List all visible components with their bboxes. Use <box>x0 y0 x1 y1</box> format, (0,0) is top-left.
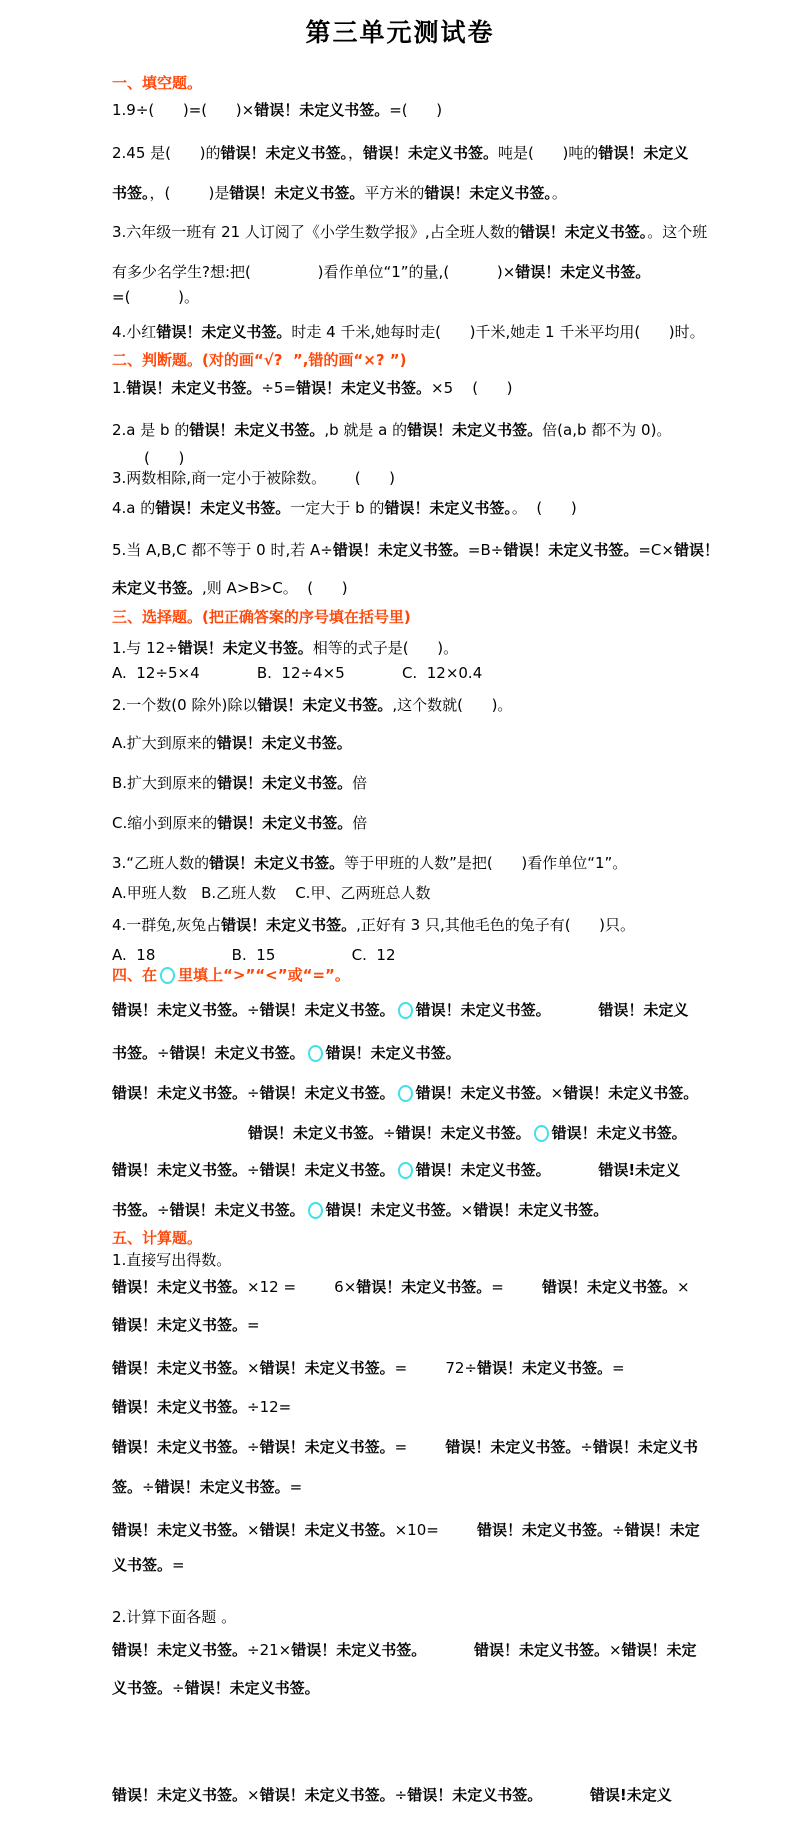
error-bookmark-text: 错误！未定义书签。 <box>416 1084 551 1102</box>
text-run: =( ) <box>389 101 442 119</box>
text-run: =B÷ <box>468 541 503 559</box>
error-bookmark-text: 错误！未定义书签。 <box>503 541 638 559</box>
error-bookmark-text: 错误！未定义书签。 <box>542 1278 677 1296</box>
error-bookmark-text: 错误！未定义书签。 <box>260 1786 395 1804</box>
text-run: = <box>290 1478 303 1496</box>
text-run: × <box>247 1359 260 1377</box>
s3-q4-options: A. 18 B. 15 C. 12 <box>112 945 712 965</box>
text-run: ÷ <box>247 1161 260 1179</box>
error-bookmark-text: 错误！未定义书签。 <box>563 1084 698 1102</box>
s5-calc2-line1: 错误！未定义书签。÷21×错误！未定义书签。 错误！未定义书签。×错误！未定 <box>112 1640 712 1660</box>
text-run: 。 ( ) <box>512 499 577 517</box>
error-bookmark-text: 错误！未定义书签。 <box>477 1359 612 1377</box>
text-run: 四、在 <box>112 966 157 984</box>
error-bookmark-text: 错误！未定义书签。 <box>356 1278 491 1296</box>
text-run: 二、判断题。(对的画“√? ”,错的画“×? ”) <box>112 351 407 369</box>
error-bookmark-text: 未定义书签。 <box>112 579 202 597</box>
error-bookmark-text: 错误！未定义书签。 <box>260 1001 395 1019</box>
error-bookmark-text: 错误！未定义书签。 <box>296 379 431 397</box>
page-title: 第三单元测试卷 <box>112 16 688 50</box>
text-run: B.扩大到原来的 <box>112 774 217 792</box>
error-bookmark-text: 错误！未定义书签。 <box>112 1641 247 1659</box>
error-bookmark-text: 错误！未定义 <box>598 144 688 162</box>
text-run: ÷ <box>157 1201 170 1219</box>
text-run: A.甲班人数 B.乙班人数 C.甲、乙两班总人数 <box>112 884 430 902</box>
compare-circle-icon <box>308 1045 323 1062</box>
text-run: × <box>609 1641 622 1659</box>
error-bookmark-text: 错误！未定义书签。 <box>156 323 291 341</box>
s3-q1-options: A. 12÷5×4 B. 12÷4×5 C. 12×0.4 <box>112 663 712 683</box>
text-run: =C× <box>638 541 674 559</box>
text-run: × <box>247 1521 260 1539</box>
text-run: ,则 A>B>C。 ( ) <box>202 579 348 597</box>
text-run: = <box>172 1556 185 1574</box>
compare-circle-icon <box>398 1085 413 1102</box>
error-bookmark-text: 错误！未定义书签。 <box>170 1201 305 1219</box>
text-run <box>426 1641 474 1659</box>
s5-calc-line2: 错误！未定义书签。= <box>112 1315 712 1335</box>
text-run: = 72÷ <box>395 1359 477 1377</box>
text-run: ( ) <box>144 449 184 467</box>
error-bookmark-text: 错误！未定义书签。 <box>416 1161 551 1179</box>
text-run: 。 <box>552 184 567 202</box>
text-run: 3.两数相除,商一定小于被除数。 ( ) <box>112 469 395 487</box>
error-bookmark-text: 错误！未定义书签。 <box>217 814 352 832</box>
error-bookmark-text: 错误！未定义书签。 <box>185 1679 320 1697</box>
error-bookmark-text: 错误！未定义书签。 <box>326 1044 461 1062</box>
error-bookmark-text: 错误！未定义书签。 <box>260 1161 395 1179</box>
text-run: 五、计算题。 <box>112 1229 202 1247</box>
s3-q3-options: A.甲班人数 B.乙班人数 C.甲、乙两班总人数 <box>112 883 712 903</box>
s3-q2-option-b: B.扩大到原来的错误！未定义书签。倍 <box>112 773 712 793</box>
s2-q3: 3.两数相除,商一定小于被除数。 ( ) <box>112 468 712 488</box>
text-run: 1.与 12÷ <box>112 639 178 657</box>
error-bookmark-text: 错误！未定义书签。 <box>112 1316 247 1334</box>
error-bookmark-text: 错误！未定义书签。 <box>473 1201 608 1219</box>
s3-q2-option-c: C.缩小到原来的错误！未定义书签。倍 <box>112 813 712 833</box>
text-run: = <box>491 1278 542 1296</box>
error-bookmark-text: 错误！未定义书签。 <box>217 734 352 752</box>
error-bookmark-text: 错误！未定义书签。 <box>112 1278 247 1296</box>
error-bookmark-text: 错误！未定义书签。 <box>326 1201 461 1219</box>
text-run: ÷5= <box>261 379 296 397</box>
error-bookmark-text: 义书签。 <box>112 1556 172 1574</box>
text-run: = <box>612 1359 625 1377</box>
compare-circle-icon <box>308 1202 323 1219</box>
error-bookmark-text: 错误！未定义书签。 <box>112 1438 247 1456</box>
error-bookmark-text: 书签。 <box>112 184 150 202</box>
s1-q4: 4.小红错误！未定义书签。时走 4 千米,她每时走( )千米,她走 1 千米平均… <box>112 322 712 342</box>
error-bookmark-text: 错误！未定义书签。 <box>112 1786 247 1804</box>
text-run: 2.45 是( )的 <box>112 144 220 162</box>
s1-q3-line1: 3.六年级一班有 21 人订阅了《小学生数学报》,占全班人数的错误！未定义书签。… <box>112 222 712 242</box>
text-run: 里填上“>”“<”或“=”。 <box>178 966 350 984</box>
error-bookmark-text: 错误！未定义 <box>598 1001 688 1019</box>
text-run: ÷ <box>247 1001 260 1019</box>
s1-q2-line2: 书签。，( )是错误！未定义书签。平方米的错误！未定义书签。。 <box>112 183 712 203</box>
text-run: 2.一个数(0 除外)除以 <box>112 696 257 714</box>
error-bookmark-text: 错误！未定义书签。 <box>407 421 542 439</box>
text-run: 3.“乙班人数的 <box>112 854 209 872</box>
s2-q2-line1: 2.a 是 b 的错误！未定义书签。,b 就是 a 的错误！未定义书签。倍(a,… <box>112 420 712 440</box>
text-run: 2.a 是 b 的 <box>112 421 189 439</box>
text-run: ,正好有 3 只,其他毛色的兔子有( )只。 <box>356 916 635 934</box>
error-bookmark-text: 错误！未定义书签。 <box>220 144 348 162</box>
text-run: × <box>677 1278 690 1296</box>
s4-line5: 错误！未定义书签。÷错误！未定义书签。错误！未定义书签。 错误!未定义 <box>112 1160 712 1180</box>
text-run <box>551 1001 599 1019</box>
error-bookmark-text: 错误!未定义 <box>598 1161 680 1179</box>
error-bookmark-text: 错误！未定义书签。 <box>170 1044 305 1062</box>
text-run: ÷ <box>612 1521 625 1539</box>
error-bookmark-text: 错误！未定义书签。 <box>126 379 261 397</box>
error-bookmark-text: 错误！未定义书签。 <box>257 696 392 714</box>
document: 第三单元测试卷 一、填空题。1.9÷( )=( )×错误！未定义书签。=( )2… <box>0 0 712 1805</box>
error-bookmark-text: 错误!未定义 <box>590 1786 672 1804</box>
s5-calc-line6: 签。÷错误！未定义书签。= <box>112 1477 712 1497</box>
error-bookmark-text: 错误！未定义书签。 <box>155 499 290 517</box>
s3-q4: 4.一群兔,灰兔占错误！未定义书签。,正好有 3 只,其他毛色的兔子有( )只。 <box>112 915 712 935</box>
error-bookmark-text: 错误！未定义书签。 <box>384 499 512 517</box>
compare-circle-icon <box>160 967 175 984</box>
s2-q5-line1: 5.当 A,B,C 都不等于 0 时,若 A÷错误！未定义书签。=B÷错误！未定… <box>112 540 712 560</box>
text-run: ，( )是 <box>150 184 230 202</box>
error-bookmark-text: 错误！未定义书签。 <box>515 263 650 281</box>
text-run: =( )。 <box>112 288 199 306</box>
text-run: 时走 4 千米,她每时走( )千米,她走 1 千米平均用( )时。 <box>291 323 704 341</box>
s5-subtitle-1: 1.直接写出得数。 <box>112 1250 712 1270</box>
s5-calc-line4: 错误！未定义书签。÷12= <box>112 1397 712 1417</box>
error-bookmark-text: 错误！未定义书签。 <box>291 1641 426 1659</box>
text-run: A. 12÷5×4 B. 12÷4×5 C. 12×0.4 <box>112 664 482 682</box>
text-run: C.缩小到原来的 <box>112 814 217 832</box>
text-run: ÷ <box>383 1124 396 1142</box>
error-bookmark-text: 错误！未定义书签。 <box>248 1124 383 1142</box>
error-bookmark-text: 错误！未定义书签。 <box>112 1161 247 1179</box>
compare-circle-icon <box>398 1002 413 1019</box>
s1-q3-line2: 有多少名学生?想:把( )看作单位“1”的量,( )×错误！未定义书签。 <box>112 262 712 282</box>
text-run: = <box>395 1438 446 1456</box>
text-run: × <box>461 1201 474 1219</box>
error-bookmark-text: 错误！未定义书签。 <box>155 1478 290 1496</box>
s4-line1: 错误！未定义书签。÷错误！未定义书签。错误！未定义书签。 错误！未定义 <box>112 1000 712 1020</box>
section-2-heading: 二、判断题。(对的画“√? ”,错的画“×? ”) <box>112 350 712 370</box>
s4-line4: 错误！未定义书签。÷错误！未定义书签。错误！未定义书签。 <box>112 1123 712 1143</box>
text-run: ×12 = 6× <box>247 1278 356 1296</box>
compare-circle-icon <box>398 1162 413 1179</box>
text-run: 4.a 的 <box>112 499 155 517</box>
text-run: 有多少名学生?想:把( )看作单位“1”的量,( )× <box>112 263 515 281</box>
text-run: ÷ <box>247 1438 260 1456</box>
text-run: 三、选择题。(把正确答案的序号填在括号里) <box>112 608 411 626</box>
text-run: = <box>247 1316 260 1334</box>
s2-q2-line2: ( ) <box>112 448 712 468</box>
error-bookmark-text: 错误！未定义书签。 <box>209 854 344 872</box>
text-run: 1.直接写出得数。 <box>112 1251 231 1269</box>
s3-q2: 2.一个数(0 除外)除以错误！未定义书签。,这个数就( )。 <box>112 695 712 715</box>
error-bookmark-text: 错误！未定义书签。 <box>221 916 356 934</box>
s3-q2-option-a: A.扩大到原来的错误！未定义书签。 <box>112 733 712 753</box>
text-run: 平方米的 <box>364 184 424 202</box>
s5-calc-line7: 错误！未定义书签。×错误！未定义书签。×10= 错误！未定义书签。÷错误！未定 <box>112 1520 712 1540</box>
error-bookmark-text: 错误！未定义书签。 <box>260 1438 395 1456</box>
text-run: ÷ <box>395 1786 408 1804</box>
text-run: ×5 ( ) <box>431 379 513 397</box>
s1-q1: 1.9÷( )=( )×错误！未定义书签。=( ) <box>112 100 712 120</box>
error-bookmark-text: 错误！未定义书签。 <box>474 1641 609 1659</box>
text-run: ÷12= <box>247 1398 291 1416</box>
error-bookmark-text: 错误！未定义书签。 <box>552 1124 687 1142</box>
text-run: 4.小红 <box>112 323 156 341</box>
s2-q5-line2: 未定义书签。,则 A>B>C。 ( ) <box>112 578 712 598</box>
error-bookmark-text: 错误！未定义书签。 <box>477 1521 612 1539</box>
s4-line3: 错误！未定义书签。÷错误！未定义书签。错误！未定义书签。×错误！未定义书签。 <box>112 1083 712 1103</box>
document-blocks: 一、填空题。1.9÷( )=( )×错误！未定义书签。=( )2.45 是( )… <box>112 73 712 1805</box>
text-run: 吨是( )吨的 <box>498 144 598 162</box>
text-run: 一定大于 b 的 <box>290 499 384 517</box>
text-run: 4.一群兔,灰兔占 <box>112 916 221 934</box>
text-run: ,这个数就( )。 <box>392 696 512 714</box>
s1-q2-line1: 2.45 是( )的错误！未定义书签。，错误！未定义书签。吨是( )吨的错误！未… <box>112 143 712 163</box>
text-run: ÷ <box>247 1084 260 1102</box>
s4-line2: 书签。÷错误！未定义书签。错误！未定义书签。 <box>112 1043 712 1063</box>
section-4-heading: 四、在里填上“>”“<”或“=”。 <box>112 965 712 985</box>
text-run: × <box>247 1786 260 1804</box>
text-run: 等于甲班的人数”是把( )看作单位“1”。 <box>344 854 627 872</box>
text-run: ÷ <box>157 1044 170 1062</box>
text-run <box>542 1786 590 1804</box>
error-bookmark-text: 错误！未定义书签。 <box>363 144 498 162</box>
error-bookmark-text: 错误！未定义书签。 <box>112 1398 247 1416</box>
s3-q1: 1.与 12÷错误！未定义书签。相等的式子是( )。 <box>112 638 712 658</box>
error-bookmark-text: 错误！未定义书签。 <box>520 223 648 241</box>
error-bookmark-text: 错误！未定义书签。 <box>178 639 313 657</box>
s3-q3: 3.“乙班人数的错误！未定义书签。等于甲班的人数”是把( )看作单位“1”。 <box>112 853 712 873</box>
error-bookmark-text: 错误！未定义书签。 <box>112 1359 247 1377</box>
error-bookmark-text: 错误！未定 <box>622 1641 697 1659</box>
text-run: 相等的式子是( )。 <box>313 639 458 657</box>
s5-calc2-line2: 义书签。÷错误！未定义书签。 <box>112 1678 712 1698</box>
s5-calc-line5: 错误！未定义书签。÷错误！未定义书签。= 错误！未定义书签。÷错误！未定义书 <box>112 1437 712 1457</box>
error-bookmark-text: 错误！未定义书签。 <box>254 101 389 119</box>
compare-circle-icon <box>534 1125 549 1142</box>
text-run: 1.9÷( )=( )× <box>112 101 254 119</box>
error-bookmark-text: 错误！未定义书签。 <box>333 541 468 559</box>
error-bookmark-text: 错误！未定义书签。 <box>260 1521 395 1539</box>
text-run: 倍 <box>352 774 367 792</box>
text-run: 1. <box>112 379 126 397</box>
s2-q4: 4.a 的错误！未定义书签。一定大于 b 的错误！未定义书签。。 ( ) <box>112 498 712 518</box>
text-run: ,b 就是 a 的 <box>324 421 407 439</box>
error-bookmark-text: 书签。 <box>112 1201 157 1219</box>
s2-q1: 1.错误！未定义书签。÷5=错误！未定义书签。×5 ( ) <box>112 378 712 398</box>
text-run: 5.当 A,B,C 都不等于 0 时,若 A÷ <box>112 541 333 559</box>
text-run: 2.计算下面各题 。 <box>112 1608 236 1626</box>
error-bookmark-text: 错误！未定义书签。 <box>112 1084 247 1102</box>
error-bookmark-text: 错误！未定义书签。 <box>407 1786 542 1804</box>
error-bookmark-text: 错误！未定义书签。 <box>260 1359 395 1377</box>
section-5-heading: 五、计算题。 <box>112 1228 712 1248</box>
text-run: ×10= <box>395 1521 477 1539</box>
text-run: 倍 <box>352 814 367 832</box>
error-bookmark-text: 错误！未定义书签。 <box>416 1001 551 1019</box>
error-bookmark-text: 错误！未定 <box>625 1521 700 1539</box>
text-run: × <box>551 1084 564 1102</box>
error-bookmark-text: 错误！未定义书签。 <box>445 1438 580 1456</box>
error-bookmark-text: 错误！未定义书签。 <box>396 1124 531 1142</box>
s1-q3-line3: =( )。 <box>112 287 712 307</box>
text-run: 倍(a,b 都不为 0)。 <box>542 421 671 439</box>
error-bookmark-text: 错误！未定义书签。 <box>189 421 324 439</box>
error-bookmark-text: 义书签。 <box>112 1679 172 1697</box>
error-bookmark-text: 错误！未定义书签。 <box>217 774 352 792</box>
error-bookmark-text: 书签。 <box>112 1044 157 1062</box>
section-1-heading: 一、填空题。 <box>112 73 712 93</box>
text-run: ÷ <box>172 1679 185 1697</box>
text-run: 一、填空题。 <box>112 74 202 92</box>
text-run: ÷21× <box>247 1641 291 1659</box>
s4-line6: 书签。÷错误！未定义书签。错误！未定义书签。×错误！未定义书签。 <box>112 1200 712 1220</box>
error-bookmark-text: 错误！未定义书 <box>593 1438 698 1456</box>
s5-calc-line8: 义书签。= <box>112 1555 712 1575</box>
s5-subtitle-2: 2.计算下面各题 。 <box>112 1607 712 1627</box>
s5-calc-line3: 错误！未定义书签。×错误！未定义书签。= 72÷错误！未定义书签。= <box>112 1358 712 1378</box>
error-bookmark-text: 错误！未定义书签。 <box>260 1084 395 1102</box>
section-3-heading: 三、选择题。(把正确答案的序号填在括号里) <box>112 607 712 627</box>
text-run: 。这个班 <box>647 223 707 241</box>
error-bookmark-text: 错误！ <box>674 541 719 559</box>
text-run: ÷ <box>142 1478 155 1496</box>
s5-calc-line1: 错误！未定义书签。×12 = 6×错误！未定义书签。= 错误！未定义书签。× <box>112 1277 712 1297</box>
error-bookmark-text: 错误！未定义书签。 <box>229 184 364 202</box>
text-run: A.扩大到原来的 <box>112 734 217 752</box>
text-run: ÷ <box>580 1438 593 1456</box>
text-run: ， <box>348 144 363 162</box>
text-run: A. 18 B. 15 C. 12 <box>112 946 396 964</box>
s5-bottom-line: 错误！未定义书签。×错误！未定义书签。÷错误！未定义书签。 错误!未定义 <box>112 1785 712 1805</box>
error-bookmark-text: 错误！未定义书签。 <box>112 1521 247 1539</box>
error-bookmark-text: 错误！未定义书签。 <box>112 1001 247 1019</box>
text-run <box>551 1161 599 1179</box>
text-run: 3.六年级一班有 21 人订阅了《小学生数学报》,占全班人数的 <box>112 223 520 241</box>
error-bookmark-text: 错误！未定义书签。 <box>424 184 552 202</box>
error-bookmark-text: 签。 <box>112 1478 142 1496</box>
